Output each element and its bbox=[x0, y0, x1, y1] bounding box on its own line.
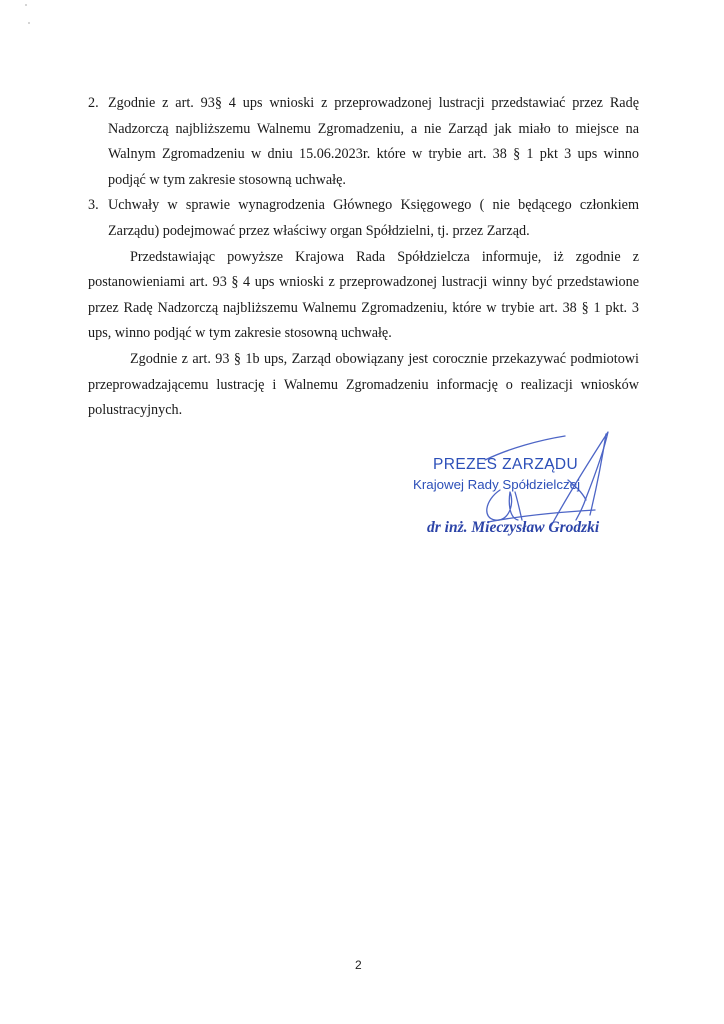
page-number: 2 bbox=[355, 958, 362, 972]
list-item: 3. Uchwały w sprawie wynagrodzenia Główn… bbox=[88, 193, 639, 244]
paragraph: Przedstawiając powyższe Krajowa Rada Spó… bbox=[88, 245, 639, 347]
stamp-organization: Krajowej Rady Spółdzielczej bbox=[413, 477, 580, 492]
list-item: 2. Zgodnie z art. 93§ 4 ups wnioski z pr… bbox=[88, 91, 639, 193]
document-page: 2. Zgodnie z art. 93§ 4 ups wnioski z pr… bbox=[0, 0, 724, 1024]
signature-stamp: PREZES ZARZĄDU Krajowej Rady Spółdzielcz… bbox=[390, 420, 640, 550]
scan-speck bbox=[25, 4, 27, 6]
list-item-text: Uchwały w sprawie wynagrodzenia Głównego… bbox=[108, 197, 639, 239]
stamp-title: PREZES ZARZĄDU bbox=[433, 456, 578, 474]
document-body: 2. Zgodnie z art. 93§ 4 ups wnioski z pr… bbox=[88, 91, 639, 424]
list-item-text: Zgodnie z art. 93§ 4 ups wnioski z przep… bbox=[108, 95, 639, 188]
scan-speck bbox=[28, 22, 30, 24]
list-item-number: 2. bbox=[88, 91, 99, 117]
paragraph: Zgodnie z art. 93 § 1b ups, Zarząd obowi… bbox=[88, 347, 639, 424]
list-item-number: 3. bbox=[88, 193, 99, 219]
stamp-signatory: dr inż. Mieczysław Grodzki bbox=[427, 519, 599, 537]
